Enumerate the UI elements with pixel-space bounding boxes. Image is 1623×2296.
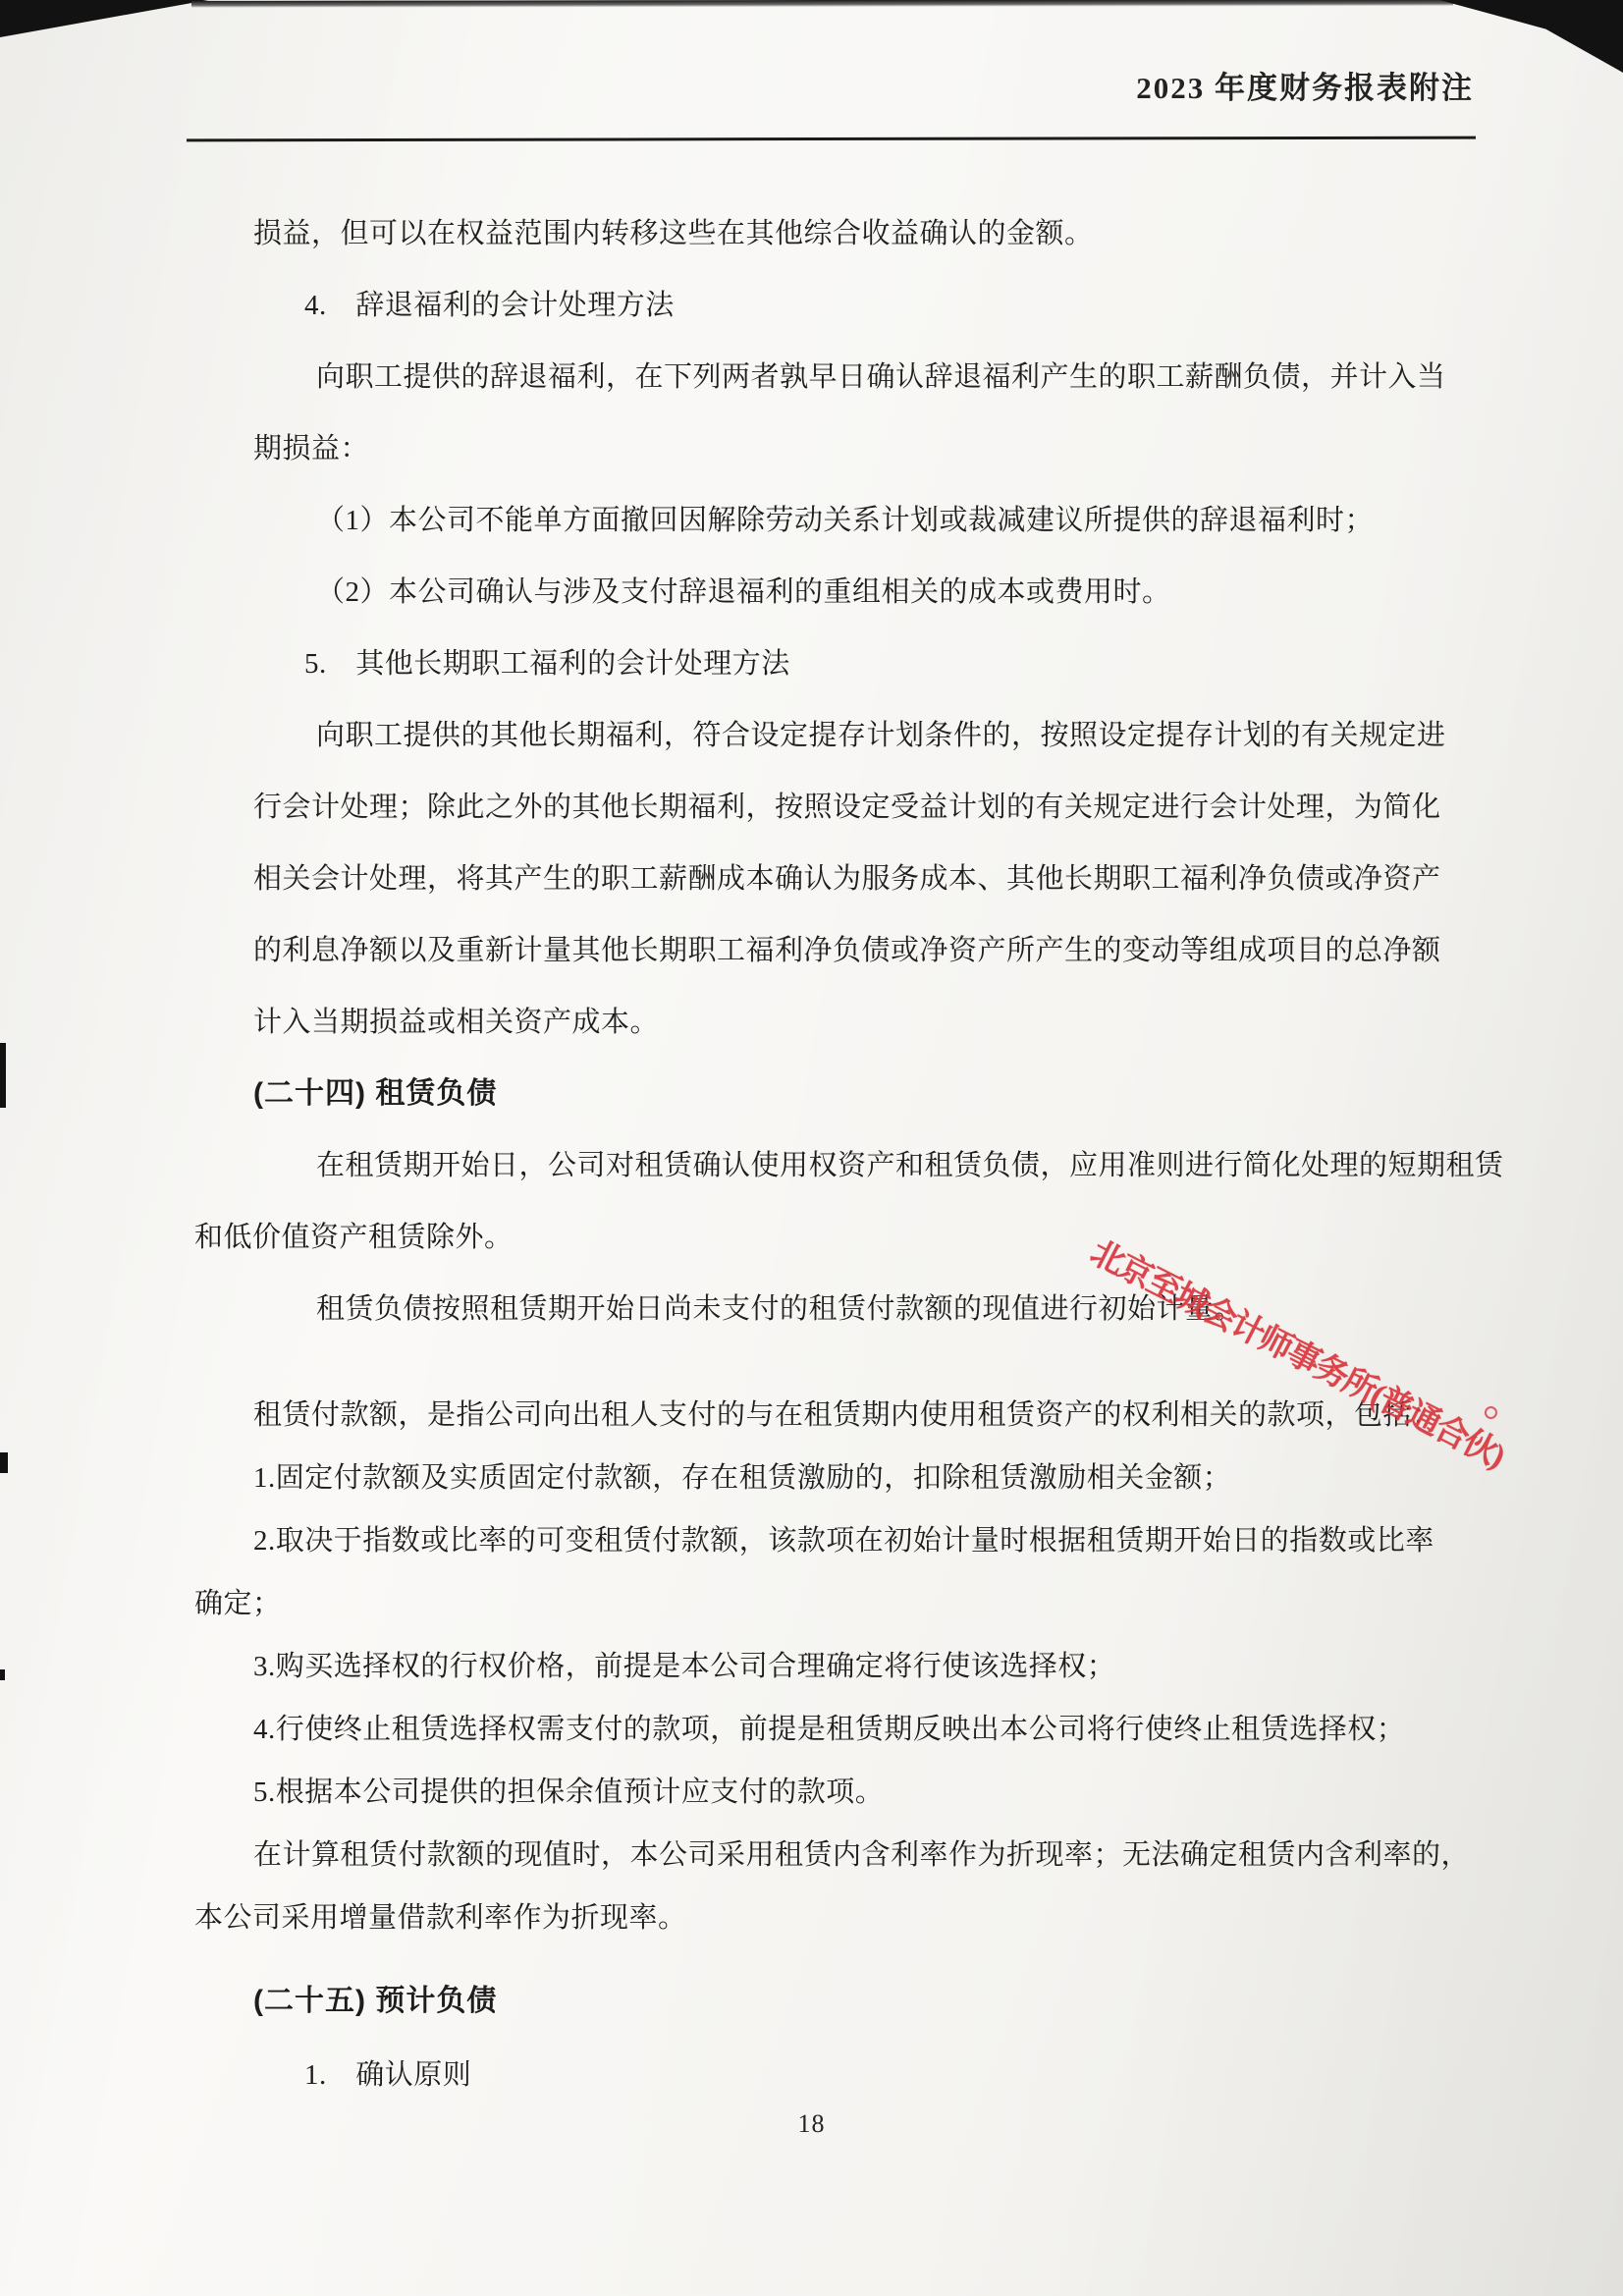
section-heading: (二十四) 租赁负债 [253,1076,497,1112]
text-line: 确定； [194,1586,282,1621]
scanned-document-page: 2023 年度财务报表附注 损益，但可以在权益范围内转移这些在其他综合收益确认的… [0,0,1623,2296]
text-line: 相关会计处理，将其产生的职工薪酬成本确认为服务成本、其他长期职工福利净负债或净资… [253,861,1441,897]
scan-artifact-top-left [0,0,208,37]
text-line: 租赁付款额，是指公司向出租人支付的与在租赁期内使用租赁资产的权利相关的款项，包括… [253,1397,1441,1433]
list-item: 5.根据本公司提供的担保余值预计应支付的款项。 [253,1775,884,1810]
numbered-heading: 1. 确认原则 [304,2057,471,2093]
text-line: 本公司采用增量借款利率作为折现率。 [194,1900,687,1936]
list-item: 2.取决于指数或比率的可变租赁付款额，该款项在初始计量时根据租赁期开始日的指数或… [253,1523,1434,1558]
text-line: 在租赁期开始日，公司对租赁确认使用权资产和租赁负债，应用准则进行简化处理的短期租… [316,1148,1504,1183]
page-number: 18 [0,2109,1623,2139]
text-line: 计入当期损益或相关资产成本。 [253,1005,659,1040]
text-line: （1）本公司不能单方面撤回因解除劳动关系计划或裁减建议所提供的辞退福利时； [316,503,1374,538]
scan-artifact-top-right [1439,0,1623,73]
text-line: 租赁负债按照租赁期开始日尚未支付的租赁付款额的现值进行初始计量。 [316,1291,1243,1327]
list-item: 4.行使终止租赁选择权需支付的款项，前提是租赁期反映出本公司将行使终止租赁选择权… [253,1712,1405,1747]
numbered-heading: 4. 辞退福利的会计处理方法 [304,288,675,323]
list-item: 3.购买选择权的行权价格，前提是本公司合理确定将行使该选择权； [253,1649,1115,1684]
page-header-title: 2023 年度财务报表附注 [1136,63,1474,107]
text-line: 向职工提供的辞退福利，在下列两者孰早日确认辞退福利产生的职工薪酬负债，并计入当 [316,359,1446,395]
section-heading: (二十五) 预计负债 [253,1984,497,2019]
text-line: 和低价值资产租赁除外。 [194,1220,514,1255]
scan-artifact-left-edge [0,1669,5,1680]
scan-artifact-left-edge [0,1043,6,1108]
scan-artifact-top-edge [191,0,1453,8]
header-divider [187,137,1476,142]
list-item: 1.固定付款额及实质固定付款额，存在租赁激励的，扣除租赁激励相关金额； [253,1460,1231,1496]
text-line: 向职工提供的其他长期福利，符合设定提存计划条件的，按照设定提存计划的有关规定进 [316,718,1446,753]
document-body: 损益，但可以在权益范围内转移这些在其他综合收益确认的金额。 4. 辞退福利的会计… [253,216,1505,2129]
text-line: 的利息净额以及重新计量其他长期职工福利净负债或净资产所产生的变动等组成项目的总净… [253,933,1441,968]
numbered-heading: 5. 其他长期职工福利的会计处理方法 [304,646,790,682]
text-line: 损益，但可以在权益范围内转移这些在其他综合收益确认的金额。 [253,216,1094,251]
text-line: 行会计处理；除此之外的其他长期福利，按照设定受益计划的有关规定进行会计处理，为简… [253,790,1441,825]
scan-artifact-left-edge [0,1452,8,1473]
stamp-registered-mark [1485,1406,1497,1419]
text-line: 在计算租赁付款额的现值时，本公司采用租赁内含利率作为折现率；无法确定租赁内含利率… [253,1837,1470,1873]
text-line: （2）本公司确认与涉及支付辞退福利的重组相关的成本或费用时。 [316,574,1171,610]
text-line: 期损益： [253,431,369,466]
